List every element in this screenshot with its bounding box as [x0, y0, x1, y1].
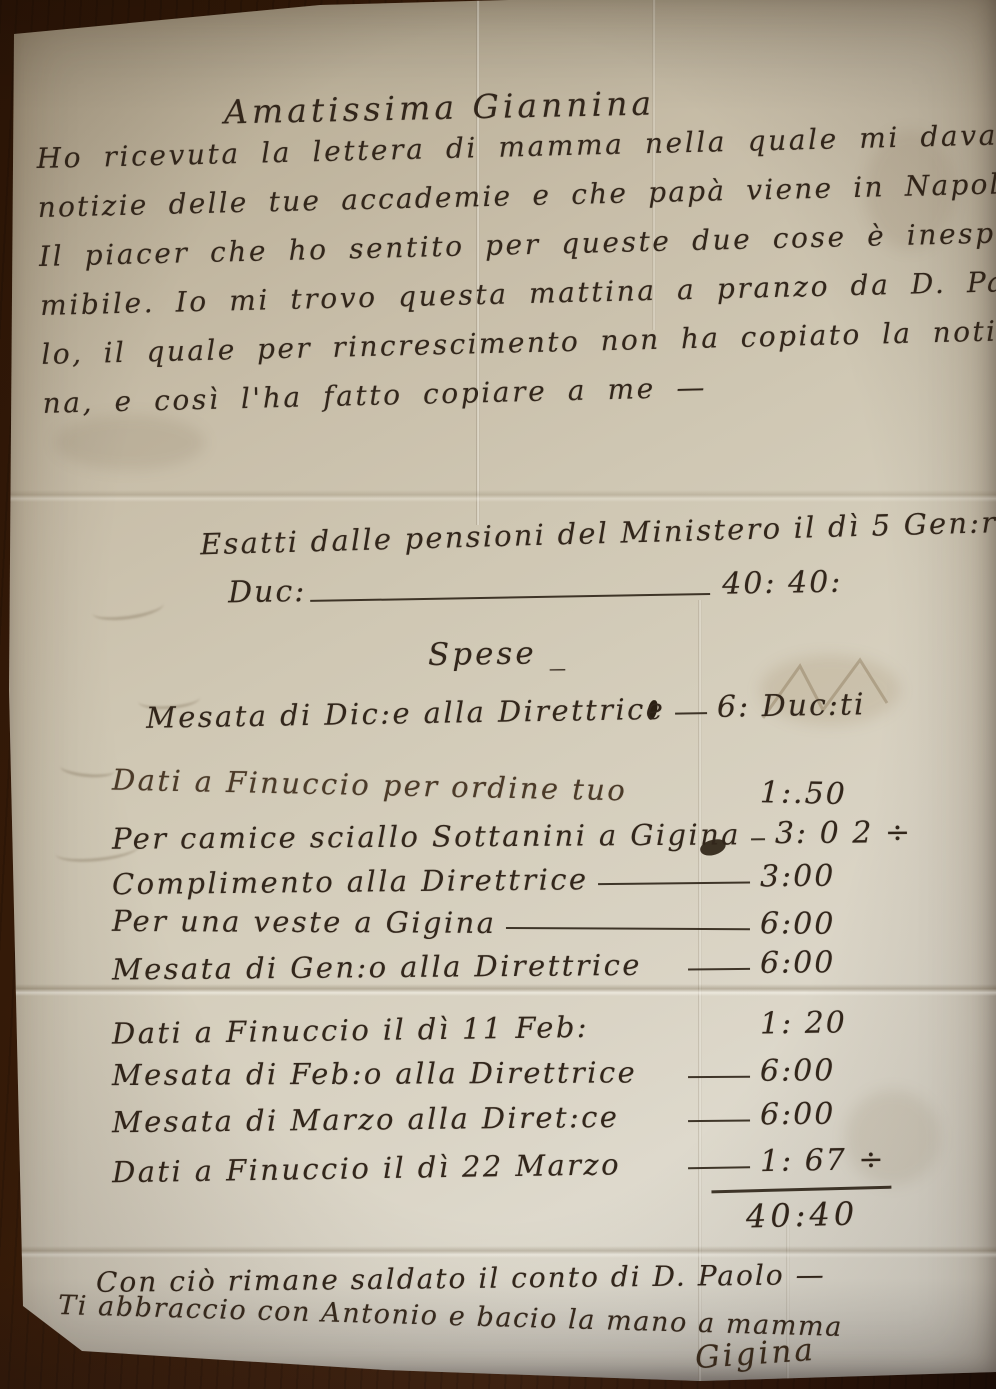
expense-amount: 6:00 — [760, 1053, 912, 1089]
expense-row: Dati a Finuccio per ordine tuo 1:.50 — [112, 762, 913, 814]
closing-line: Ti abbraccio con Antonio e bacio la mano… — [58, 1290, 844, 1343]
received-amount: 40: 40: — [722, 565, 843, 602]
ruled-line — [310, 593, 710, 602]
expense-row: Mesata di Gen:o alla Direttrice 6:00 — [112, 945, 912, 987]
expense-amount: 6:00 — [760, 1096, 912, 1133]
currency-label: Duc: — [228, 574, 307, 610]
account-intro: Esatti dalle pensioni del Ministero il d… — [200, 505, 996, 562]
dash-line — [621, 1166, 760, 1181]
dash-line — [665, 712, 717, 726]
dash-line — [627, 796, 760, 810]
dash-line — [642, 968, 760, 982]
expense-amount: 6: Duc:ti — [717, 686, 933, 725]
fold-crease-horizontal — [0, 490, 996, 502]
expense-label: Per camice sciallo Sottanini a Gigina — [112, 817, 741, 855]
expense-label: Complimento alla Direttrice — [112, 862, 589, 901]
dash-line — [741, 838, 775, 851]
received-amount-line: Duc: 40: 40: — [228, 565, 843, 611]
dash-line — [589, 1031, 760, 1044]
dash-line — [496, 927, 760, 941]
photo-of-letter: Amatissima Giannina Ho ricevuta la lette… — [0, 0, 996, 1389]
expense-amount: 1: 20 — [760, 1004, 912, 1041]
ink-showthrough — [91, 593, 165, 624]
expense-row: Dati a Finuccio il dì 22 Marzo 1: 67 ÷ — [112, 1142, 912, 1190]
expense-label: Dati a Finuccio il dì 11 Feb: — [112, 1010, 589, 1051]
signature: Gigina — [694, 1332, 817, 1376]
letter-paper: Amatissima Giannina Ho ricevuta la lette… — [0, 0, 996, 1389]
expense-amount: 6:00 — [760, 945, 912, 981]
fold-crease-horizontal — [0, 1246, 996, 1258]
expense-label: Mesata di Feb:o alla Direttrice — [112, 1055, 637, 1092]
expense-amount: 1:.50 — [760, 775, 913, 813]
expense-label: Mesata di Dic:e alla Direttrice — [146, 692, 666, 735]
dash-line — [589, 881, 761, 896]
expense-row: Mesata di Marzo alla Diret:ce 6:00 — [112, 1096, 912, 1139]
expense-amount: 3:00 — [760, 858, 912, 895]
expense-amount: 6:00 — [760, 906, 912, 942]
total-sum-line: 40:40 — [711, 1186, 892, 1237]
expense-row: Per camice sciallo Sottanini a Gigina 3:… — [112, 815, 912, 856]
letter-body: Ho ricevuta la lettera di mamma nella qu… — [36, 111, 993, 428]
expense-amount: 3: 0 2 ÷ — [775, 815, 927, 851]
expense-amount: 1: 67 ÷ — [760, 1142, 913, 1179]
expense-label: Per una veste a Gigina — [112, 904, 497, 940]
ink-showthrough — [59, 758, 115, 780]
expense-label: Dati a Finuccio per ordine tuo — [112, 763, 628, 808]
expense-label: Dati a Finuccio il dì 22 Marzo — [112, 1147, 621, 1189]
expense-label: Mesata di Gen:o alla Direttrice — [112, 948, 642, 987]
expense-row: Complimento alla Direttrice 3:00 — [112, 858, 912, 901]
expense-row: Per una veste a Gigina 6:00 — [112, 903, 912, 942]
dash-line — [619, 1119, 760, 1133]
expense-label: Mesata di Marzo alla Diret:ce — [112, 1100, 620, 1139]
dash-line — [637, 1076, 760, 1090]
expense-row: Dati a Finuccio il dì 11 Feb: 1: 20 — [112, 1004, 912, 1050]
total-amount: 40:40 — [712, 1194, 893, 1237]
closing-line: Con ciò rimane saldato il conto di D. Pa… — [96, 1258, 826, 1299]
expense-row: Mesata di Feb:o alla Direttrice 6:00 — [112, 1053, 912, 1092]
